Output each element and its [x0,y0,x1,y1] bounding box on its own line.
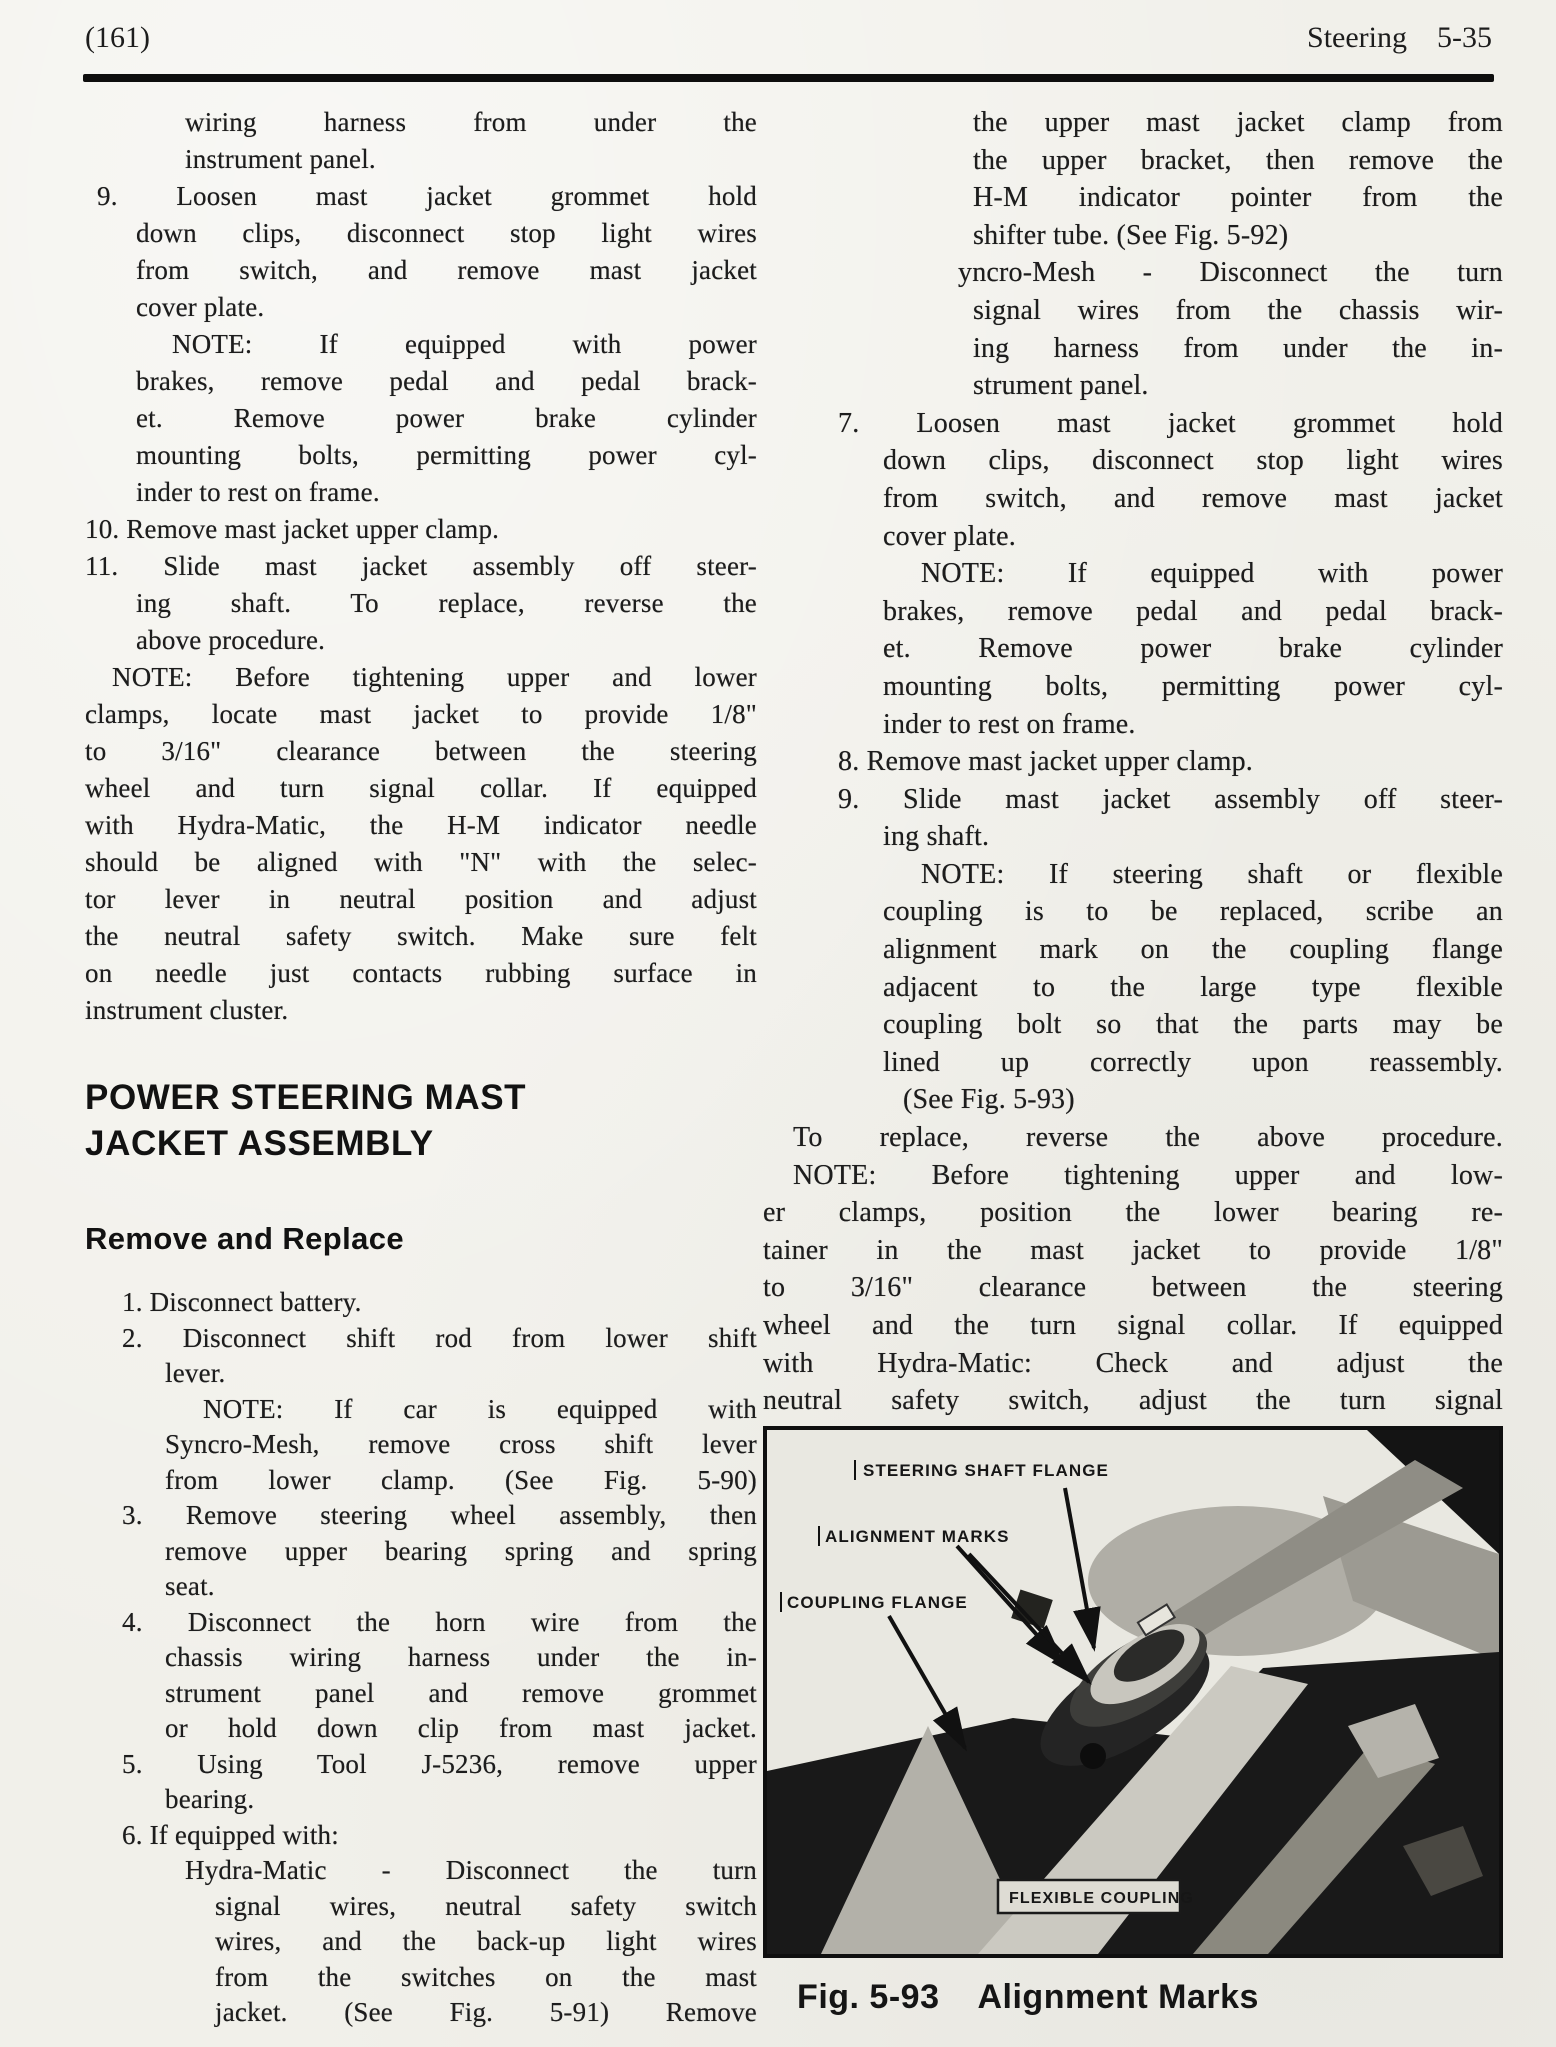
text-line: coupling bolt so that the parts may be [763,1006,1503,1044]
text-line: adjacent to the large type flexible [763,969,1503,1007]
text-line: seat. [85,1569,757,1605]
text-line: NOTE: If equipped with power [85,326,757,363]
section-heading-line: POWER STEERING MAST [85,1075,757,1121]
text-line: from switch, and remove mast jacket [763,480,1503,518]
text-line: wheel and turn signal collar. If equippe… [85,770,757,807]
text-line: the upper mast jacket clamp from [763,104,1503,142]
text-line: shifter tube. (See Fig. 5-92) [763,217,1503,255]
section-heading: POWER STEERING MAST JACKET ASSEMBLY [85,1075,757,1167]
figure-5-93: STEERING SHAFT FLANGE ALIGNMENT MARKS CO… [763,1426,1503,2017]
figure-label-steering-shaft-flange: STEERING SHAFT FLANGE [863,1461,1109,1480]
text-line: 4. Disconnect the horn wire from the [85,1605,757,1641]
header-rule [83,74,1494,82]
text-line: should be aligned with "N" with the sele… [85,844,757,881]
text-line: strument panel and remove grommet [85,1676,757,1712]
text-line: 10. Remove mast jacket upper clamp. [85,511,757,548]
text-line: cover plate. [763,518,1503,556]
text-line: jacket. (See Fig. 5-91) Remove [85,1995,757,2031]
text-line: brakes, remove pedal and pedal brack- [763,593,1503,631]
text-line: NOTE: If equipped with power [763,555,1503,593]
text-line: ing shaft. [763,818,1503,856]
text-line: or hold down clip from mast jacket. [85,1711,757,1747]
text-line: (See Fig. 5-93) [763,1081,1503,1119]
text-line: above procedure. [85,622,757,659]
text-line: NOTE: Before tightening upper and low- [763,1157,1503,1195]
text-line: H-M indicator pointer from the [763,179,1503,217]
text-line: 7. Loosen mast jacket grommet hold [763,405,1503,443]
text-line: alignment mark on the coupling flange [763,931,1503,969]
text-line: 6. If equipped with: [85,1818,757,1854]
text-line: 9. Loosen mast jacket grommet hold [85,178,757,215]
photo-shape [1080,1743,1106,1769]
text-line: to 3/16" clearance between the steering [763,1269,1503,1307]
text-line: strument panel. [763,367,1503,405]
figure-caption-title: Alignment Marks [977,1978,1258,2016]
text-line: Hydra-Matic - Disconnect the turn [85,1853,757,1889]
text-line: coupling is to be replaced, scribe an [763,893,1503,931]
text-line: 2. Disconnect shift rod from lower shift [85,1321,757,1357]
subsection-heading: Remove and Replace [85,1221,757,1257]
text-line: 3. Remove steering wheel assembly, then [85,1498,757,1534]
text-line: 9. Slide mast jacket assembly off steer- [763,781,1503,819]
text-line: mounting bolts, permitting power cyl- [85,437,757,474]
manual-page: (161) Steering5-35 wiring harness from u… [0,0,1556,2047]
text-block-remove-replace: 1. Disconnect battery.2. Disconnect shif… [85,1285,757,2031]
text-line: with Hydra-Matic: Check and adjust the [763,1345,1503,1383]
text-line: from lower clamp. (See Fig. 5-90) [85,1463,757,1499]
text-line: lever. [85,1356,757,1392]
text-line: Syncro-Mesh, remove cross shift lever [85,1427,757,1463]
text-line: neutral safety switch, adjust the turn s… [763,1382,1503,1420]
text-line: lined up correctly upon reassembly. [763,1044,1503,1082]
text-line: from the switches on the mast [85,1960,757,1996]
text-line: wiring harness from under the [85,104,757,141]
text-line: et. Remove power brake cylinder [763,630,1503,668]
text-line: instrument panel. [85,141,757,178]
text-line: on needle just contacts rubbing surface … [85,955,757,992]
text-line: et. Remove power brake cylinder [85,400,757,437]
text-line: tor lever in neutral position and adjust [85,881,757,918]
text-line: cover plate. [85,289,757,326]
text-line: instrument cluster. [85,992,757,1029]
text-line: yncro-Mesh - Disconnect the turn [763,254,1503,292]
left-column: wiring harness from under theinstrument … [85,104,757,2031]
text-block-procedure-continued: the upper mast jacket clamp fromthe uppe… [763,104,1503,1420]
text-line: bearing. [85,1782,757,1818]
text-line: NOTE: If steering shaft or flexible [763,856,1503,894]
text-line: inder to rest on frame. [85,474,757,511]
text-line: chassis wiring harness under the in- [85,1640,757,1676]
text-line: 1. Disconnect battery. [85,1285,757,1321]
text-line: ing harness from under the in- [763,330,1503,368]
figure-caption: Fig. 5-93Alignment Marks [763,1978,1503,2017]
text-line: down clips, disconnect stop light wires [763,442,1503,480]
text-line: mounting bolts, permitting power cyl- [763,668,1503,706]
text-line: wheel and the turn signal collar. If equ… [763,1307,1503,1345]
text-line: NOTE: If car is equipped with [85,1392,757,1428]
text-line: inder to rest on frame. [763,706,1503,744]
running-header-page: 5-35 [1437,18,1492,58]
figure-label-alignment-marks: ALIGNMENT MARKS [825,1527,1010,1546]
text-line: ing shaft. To replace, reverse the [85,585,757,622]
page-header: (161) Steering5-35 [85,18,1492,58]
text-line: to 3/16" clearance between the steering [85,733,757,770]
text-line: er clamps, position the lower bearing re… [763,1194,1503,1232]
running-header: Steering5-35 [1307,18,1492,58]
text-line: signal wires from the chassis wir- [763,292,1503,330]
text-line: the upper bracket, then remove the [763,142,1503,180]
text-block-procedure-top: wiring harness from under theinstrument … [85,104,757,1029]
text-line: clamps, locate mast jacket to provide 1/… [85,696,757,733]
running-header-section: Steering [1307,18,1407,58]
text-line: signal wires, neutral safety switch [85,1889,757,1925]
text-line: NOTE: Before tightening upper and lower [85,659,757,696]
page-number: (161) [85,18,150,58]
text-line: remove upper bearing spring and spring [85,1534,757,1570]
section-heading-line: JACKET ASSEMBLY [85,1121,757,1167]
figure-caption-number: Fig. 5-93 [797,1978,939,2016]
figure-label-flexible-coupling: FLEXIBLE COUPLING [1009,1890,1194,1907]
text-line: with Hydra-Matic, the H-M indicator need… [85,807,757,844]
text-line: tainer in the mast jacket to provide 1/8… [763,1232,1503,1270]
right-column: the upper mast jacket clamp fromthe uppe… [763,104,1503,2017]
figure-photo: STEERING SHAFT FLANGE ALIGNMENT MARKS CO… [763,1426,1503,1958]
text-line: 11. Slide mast jacket assembly off steer… [85,548,757,585]
text-line: 8. Remove mast jacket upper clamp. [763,743,1503,781]
text-line: the neutral safety switch. Make sure fel… [85,918,757,955]
figure-label-flexible-coupling-box: FLEXIBLE COUPLING [998,1880,1194,1913]
figure-label-coupling-flange: COUPLING FLANGE [787,1593,968,1612]
text-line: from switch, and remove mast jacket [85,252,757,289]
text-line: down clips, disconnect stop light wires [85,215,757,252]
text-line: wires, and the back-up light wires [85,1924,757,1960]
text-line: 5. Using Tool J-5236, remove upper [85,1747,757,1783]
text-line: To replace, reverse the above procedure. [763,1119,1503,1157]
text-line: brakes, remove pedal and pedal brack- [85,363,757,400]
